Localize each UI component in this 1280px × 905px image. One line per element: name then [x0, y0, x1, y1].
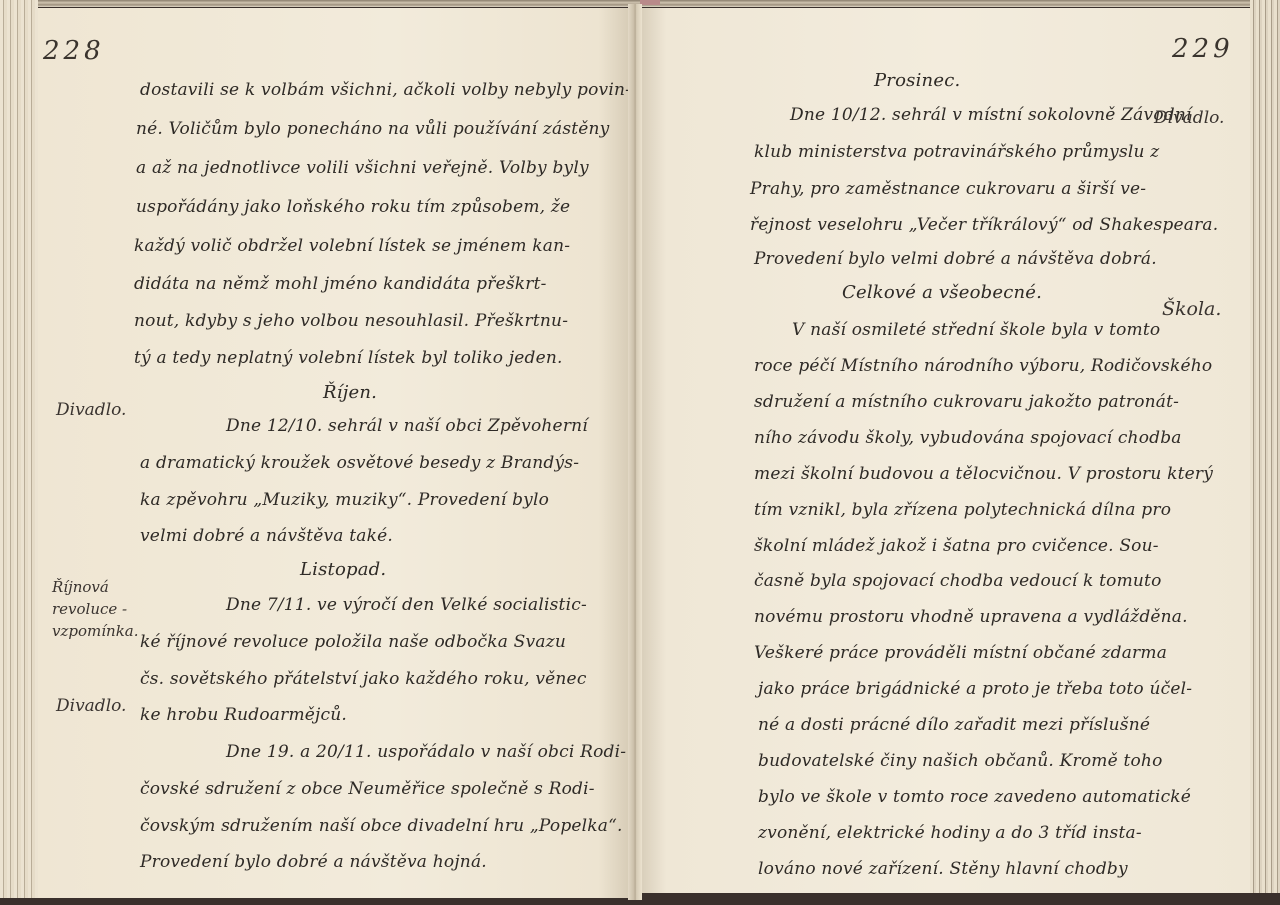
- margin-note-theatre: Divadlo.: [1154, 108, 1224, 128]
- text-line: velmi dobré a návštěva také.: [140, 526, 393, 546]
- text-line: a až na jednotlivce volili všichni veřej…: [136, 158, 589, 178]
- margin-note-theatre: Divadlo.: [56, 400, 126, 420]
- margin-note-theatre: Divadlo.: [56, 696, 126, 716]
- text-line: lováno nové zařízení. Stěny hlavní chodb…: [758, 859, 1128, 879]
- text-line: Dne 7/11. ve výročí den Velké socialisti…: [226, 595, 587, 615]
- text-line: roce péčí Místního národního výboru, Rod…: [754, 356, 1212, 376]
- text-line: klub ministerstva potravinářského průmys…: [754, 142, 1159, 162]
- page-number: 228: [43, 36, 105, 66]
- text-line: tím vznikl, byla zřízena polytechnická d…: [754, 500, 1171, 520]
- left-page-stack-edge: [0, 0, 38, 898]
- text-line: Dne 19. a 20/11. uspořádalo v naší obci …: [226, 742, 626, 762]
- right-page-stack-edge: [1250, 0, 1280, 893]
- text-line: né a dosti prácné dílo zařadit mezi přís…: [758, 715, 1150, 735]
- month-heading: Listopad.: [300, 559, 386, 580]
- text-line: ké říjnové revoluce položila naše odbočk…: [140, 632, 566, 652]
- text-line: zvonění, elektrické hodiny a do 3 tříd i…: [758, 823, 1142, 843]
- text-line: V naší osmileté střední škole byla v tom…: [792, 320, 1160, 340]
- text-line: Dne 10/12. sehrál v místní sokolovně Záv…: [790, 105, 1192, 125]
- left-page: 228 dostavili se k volbám všichni, ačkol…: [38, 8, 628, 898]
- text-line: Prahy, pro zaměstnance cukrovaru a širší…: [750, 179, 1146, 199]
- text-line: ka zpěvohru „Muziky, muziky“. Provedení …: [140, 490, 549, 510]
- text-line: časně byla spojovací chodba vedoucí k to…: [754, 571, 1162, 591]
- text-line: školní mládež jakož i šatna pro cvičence…: [754, 536, 1159, 556]
- text-line: tý a tedy neplatný volební lístek byl to…: [134, 348, 563, 368]
- text-line: řejnost veselohru „Večer tříkrálový“ od …: [750, 215, 1218, 235]
- month-heading: Říjen.: [323, 382, 377, 403]
- margin-note-line: vzpomínka.: [52, 620, 139, 642]
- right-page: 229 Prosinec. Dne 10/12. sehrál v místní…: [642, 8, 1250, 893]
- margin-note-line: Říjnová: [52, 576, 139, 598]
- text-line: né. Voličům bylo ponecháno na vůli použí…: [136, 119, 609, 139]
- text-line: bylo ve škole v tomto roce zavedeno auto…: [758, 787, 1191, 807]
- margin-note-line: revoluce -: [52, 598, 139, 620]
- text-line: a dramatický kroužek osvětové besedy z B…: [140, 453, 579, 473]
- text-line: Veškeré práce prováděli místní občané zd…: [754, 643, 1167, 663]
- text-line: Provedení bylo velmi dobré a návštěva do…: [754, 249, 1157, 269]
- text-line: ke hrobu Rudoarmějců.: [140, 705, 347, 725]
- text-line: sdružení a místního cukrovaru jakožto pa…: [754, 392, 1179, 412]
- text-line: jako práce brigádnické a proto je třeba …: [758, 679, 1192, 699]
- section-heading: Celkové a všeobecné.: [842, 282, 1042, 303]
- text-line: novému prostoru vhodně upravena a vydláž…: [754, 607, 1188, 627]
- text-line: nout, kdyby s jeho volbou nesouhlasil. P…: [134, 311, 568, 331]
- month-heading: Prosinec.: [874, 70, 960, 91]
- text-line: ního závodu školy, vybudována spojovací …: [754, 428, 1182, 448]
- open-book: 228 dostavili se k volbám všichni, ačkol…: [0, 0, 1280, 900]
- margin-note-revolution: Říjnová revoluce - vzpomínka.: [52, 576, 139, 642]
- page-number: 229: [1172, 34, 1234, 64]
- book-top-edge: [20, 0, 1280, 7]
- text-line: Dne 12/10. sehrál v naší obci Zpěvoherní: [226, 416, 588, 436]
- text-line: čs. sovětského přátelství jako každého r…: [140, 669, 587, 689]
- text-line: čovské sdružení z obce Neuměřice společn…: [140, 779, 595, 799]
- text-line: Provedení bylo dobré a návštěva hojná.: [140, 852, 487, 872]
- text-line: budovatelské činy našich občanů. Kromě t…: [758, 751, 1163, 771]
- text-line: uspořádány jako loňského roku tím způsob…: [136, 197, 570, 217]
- text-line: mezi školní budovou a tělocvičnou. V pro…: [754, 464, 1213, 484]
- text-line: dostavili se k volbám všichni, ačkoli vo…: [140, 80, 631, 100]
- text-line: čovským sdružením naší obce divadelní hr…: [140, 816, 623, 836]
- text-line: každý volič obdržel volební lístek se jm…: [134, 236, 570, 256]
- book-gutter: [628, 4, 642, 900]
- margin-note-school: Škola.: [1162, 298, 1221, 320]
- bookmark-ribbon: [640, 0, 660, 5]
- text-line: didáta na němž mohl jméno kandidáta přeš…: [134, 274, 547, 294]
